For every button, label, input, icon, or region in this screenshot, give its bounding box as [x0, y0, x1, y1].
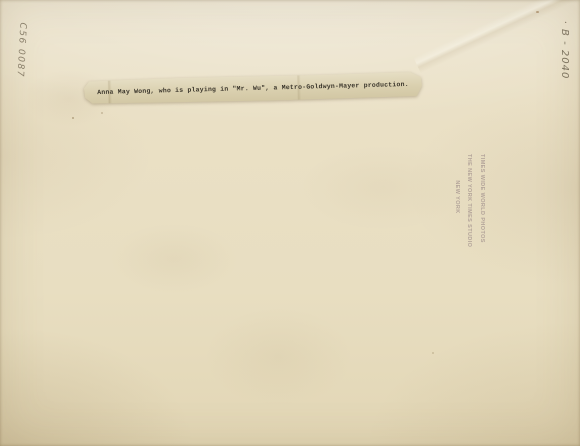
photo-verso-paper: C56 0087 · B - 2040 Anna May Wong, who i…	[0, 0, 580, 446]
pencil-notation-right: · B - 2040	[554, 15, 570, 85]
typed-caption: Anna May Wong, who is playing in "Mr. Wu…	[84, 72, 423, 106]
press-stamp-line: NEW YORK	[450, 154, 463, 240]
caption-strip: Anna May Wong, who is playing in "Mr. Wu…	[84, 72, 423, 106]
press-stamp: TIMES WIDE WORLD PHOTOS THE NEW YORK TIM…	[444, 154, 488, 240]
pencil-notation-left: C56 0087	[8, 18, 27, 83]
foxing-speck	[101, 112, 103, 114]
caption-strip-wrap: Anna May Wong, who is playing in "Mr. Wu…	[84, 76, 422, 101]
foxing-speck	[72, 117, 74, 119]
press-stamp-line: THE NEW YORK TIMES STUDIO	[463, 154, 476, 240]
foxing-speck	[432, 352, 434, 354]
press-stamp-line: TIMES WIDE WORLD PHOTOS	[475, 154, 488, 240]
foxing-speck	[536, 11, 539, 13]
paper-mottling	[0, 0, 580, 446]
